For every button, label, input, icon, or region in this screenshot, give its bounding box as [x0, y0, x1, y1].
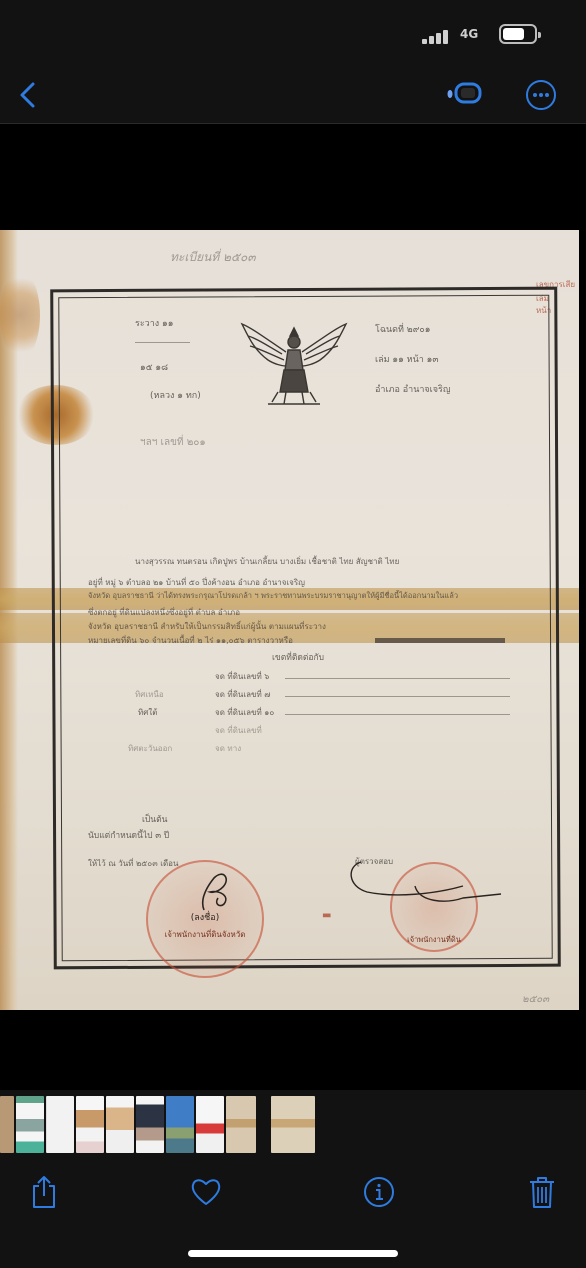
field-right: โฉนดที่ ๒๙๐๑ — [375, 322, 431, 336]
seal-caption: เจ้าพนักงานที่ดินจังหวัด — [148, 928, 262, 941]
favorite-button[interactable] — [186, 1172, 226, 1212]
boundary-row: จด ที่ดินเลขที่ — [215, 724, 262, 737]
delete-button[interactable] — [522, 1172, 562, 1212]
battery-level — [503, 28, 524, 40]
field-right: อำเภอ อำนาจเจริญ — [375, 382, 451, 396]
term-line: เป็นต้น — [142, 812, 167, 826]
photo-nav-bar — [0, 70, 586, 124]
thumbnail[interactable] — [76, 1096, 104, 1153]
thumbnail[interactable] — [46, 1096, 74, 1153]
seal-caption: เจ้าพนักงานที่ดิน — [392, 934, 476, 946]
thumbnail[interactable] — [16, 1096, 44, 1153]
thumbnail[interactable] — [136, 1096, 164, 1153]
location-row: จังหวัด อุบลราชธานี สำหรับให้เป็นกรรมสิท… — [88, 620, 326, 633]
thumbnail[interactable] — [196, 1096, 224, 1153]
info-button[interactable] — [359, 1172, 399, 1212]
cellular-signal-icon — [422, 26, 456, 44]
bottom-right-mark: ๒๕๐๓ — [522, 992, 549, 1007]
boundary-row: จด ที่ดินเลขที่ ๑๐ — [215, 706, 274, 719]
battery-tip — [538, 32, 541, 38]
redacted-bar — [375, 638, 505, 643]
boundary-row: จด ที่ดินเลขที่ ๗ — [215, 688, 270, 701]
more-options-button[interactable] — [524, 78, 558, 112]
rule — [285, 714, 510, 715]
garuda-emblem-icon — [238, 320, 350, 412]
info-icon — [363, 1176, 395, 1208]
rule — [135, 342, 190, 343]
date-line: ให้ไว้ ณ วันที่ ๒๕๐๓ เดือน — [88, 857, 178, 870]
trash-icon — [527, 1175, 557, 1209]
direction-label: ทิศเหนือ — [135, 688, 164, 701]
photo-viewer[interactable]: ทะเบียนที่ ๒๕๐๓ เลขการเสีย เล่ม หน้า ระ — [0, 125, 586, 1090]
thumbnail[interactable] — [106, 1096, 134, 1153]
thumbnail[interactable] — [226, 1096, 256, 1153]
field-left: (หลวง ๑ ทก) — [150, 388, 201, 402]
rust-stain — [0, 270, 40, 360]
registration-line: ฯลฯ เลขที่ ๒๐๑ — [140, 435, 206, 450]
signature-left — [196, 870, 236, 914]
share-button[interactable] — [24, 1172, 64, 1212]
ellipsis-circle-icon — [524, 78, 558, 112]
battery-icon — [499, 24, 537, 44]
land-deed-photo[interactable]: ทะเบียนที่ ๒๕๐๓ เลขการเสีย เล่ม หน้า ระ — [0, 230, 579, 1010]
live-photo-button[interactable] — [442, 78, 488, 108]
status-bar: 4G — [0, 0, 586, 70]
thumbnail[interactable] — [0, 1096, 14, 1153]
boundary-row: จด ที่ดินเลขที่ ๖ — [215, 670, 269, 683]
location-row: ซึ่งตกอยู่ ที่ดินแปลงหนึ่งซึ่งอยู่ที่ ตำ… — [88, 606, 240, 619]
direction-label: ทิศตะวันออก — [128, 742, 172, 755]
signature-right — [345, 858, 505, 918]
header-handwriting: ทะเบียนที่ ๒๕๐๓ — [170, 248, 256, 267]
direction-label: ทิศใต้ — [138, 706, 157, 719]
thumbnail-strip[interactable] — [0, 1090, 586, 1160]
location-row: หมายเลขที่ดิน ๖๐ จำนวนเนื้อที่ ๒ ไร่ ๑๑,… — [88, 634, 293, 647]
location-row: อยู่ที่ หมู่ ๖ ตำบลอ ๒๑ บ้านที่ ๕๐ ปึ่งค… — [88, 576, 305, 589]
heart-icon — [190, 1177, 222, 1207]
rule — [285, 678, 510, 679]
rule — [285, 696, 510, 697]
location-row: จังหวัด อุบลราชธานี ว่าได้ทรงพระกรุณาโปร… — [88, 590, 458, 602]
boundary-header: เขตที่ติดต่อกับ — [272, 650, 324, 664]
owner-line: นางสุวรรณ ทนตรอน เกิดปูพร บ้านเกลี้ยน บา… — [135, 555, 399, 568]
red-mark: ▬ — [322, 910, 331, 921]
bottom-toolbar — [0, 1160, 586, 1268]
boundary-row: จด ทาง — [215, 742, 241, 755]
thumbnail-selected[interactable] — [271, 1096, 315, 1153]
home-indicator[interactable] — [188, 1250, 398, 1257]
network-type: 4G — [460, 27, 478, 41]
live-photo-icon — [442, 78, 488, 108]
status-time — [58, 28, 144, 46]
term-line: นับแต่กำหนดนี้ไป ๓ ปี — [88, 828, 169, 842]
field-right: เล่ม ๑๑ หน้า ๑๓ — [375, 352, 439, 366]
chevron-left-icon — [14, 80, 44, 110]
thumbnail[interactable] — [166, 1096, 194, 1153]
field-left: ๑๕ ๑๘ — [140, 360, 168, 374]
field-left: ระวาง ๑๑ — [135, 316, 173, 330]
back-button[interactable] — [14, 80, 44, 110]
share-icon — [29, 1174, 59, 1210]
